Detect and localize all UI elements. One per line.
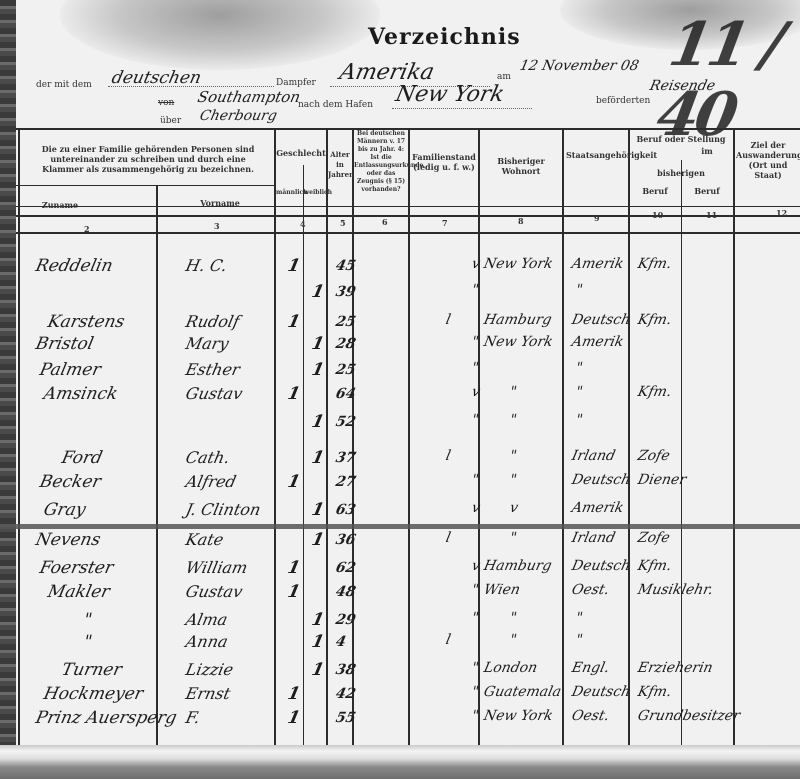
age-cell: 25 (334, 314, 357, 330)
surname-cell: Turner (60, 660, 124, 680)
citizenship-cell: " (574, 360, 584, 376)
header-sex: Geschlecht (276, 148, 326, 158)
residence-cell: v (508, 500, 519, 516)
citizenship-cell: Deutsch (570, 558, 632, 574)
col-number: 10 (652, 210, 663, 220)
citizenship-cell: Amerik (570, 334, 625, 350)
header-sex-female: weiblich (304, 188, 326, 198)
occupation-cell: Kfm. (636, 384, 673, 400)
am-label: am (497, 72, 511, 82)
citizenship-cell: " (574, 412, 584, 428)
surname-cell: Hockmeyer (42, 684, 145, 704)
residence-cell: Wien (482, 582, 521, 598)
age-cell: 27 (334, 474, 357, 490)
header-residence: Bisheriger Wohnort (482, 156, 560, 176)
given-name-cell: Esther (184, 360, 242, 379)
col-border (274, 128, 276, 748)
surname-cell: Gray (42, 500, 88, 520)
surname-cell: Ford (60, 448, 104, 468)
book-binding-edge (0, 0, 16, 779)
residence-cell: " (508, 472, 518, 488)
age-cell: 64 (334, 386, 357, 402)
residence-cell: New York (482, 708, 554, 724)
header-divider (16, 185, 276, 186)
citizenship-cell: Deutsch (570, 684, 632, 700)
destination-value: New York (393, 82, 506, 107)
citizenship-cell: Irland (570, 448, 616, 464)
given-name-cell: Ernst (184, 684, 232, 703)
male-tally-cell: 1 (286, 558, 302, 578)
nationality-value: deutschen (110, 68, 203, 88)
surname-cell: Karstens (46, 312, 127, 332)
occupation-cell: Diener (636, 472, 687, 488)
col-number: 2 (84, 224, 90, 234)
female-tally-cell: 1 (310, 500, 326, 520)
header-occupation-prev: bisherigen (630, 168, 732, 178)
surname-cell: Foerster (38, 558, 115, 578)
given-name-cell: Gustav (184, 384, 244, 403)
age-cell: 28 (334, 336, 357, 352)
col-border (326, 128, 328, 748)
age-cell: 4 (334, 634, 347, 650)
citizenship-cell: Oest. (570, 708, 610, 724)
residence-cell: " (508, 384, 518, 400)
page-title: Verzeichnis (368, 24, 521, 50)
col-number: 12 (776, 208, 787, 218)
male-tally-cell: 1 (286, 384, 302, 404)
surname-cell: Bristol (34, 334, 96, 354)
occupation-cell: Kfm. (636, 558, 673, 574)
age-cell: 42 (334, 686, 357, 702)
header-beruf-1: Beruf (632, 186, 678, 196)
female-tally-cell: 1 (310, 530, 326, 550)
date-value: 12 November 08 (518, 58, 640, 74)
age-cell: 55 (334, 710, 357, 726)
female-tally-cell: 1 (310, 632, 326, 652)
female-tally-cell: 1 (310, 660, 326, 680)
marital-status-cell: l (444, 448, 452, 464)
col-border (562, 128, 564, 748)
given-name-cell: Cath. (184, 448, 232, 467)
citizenship-cell: Amerik (570, 500, 625, 516)
occupation-cell: Zofe (636, 530, 671, 546)
header-destination: Ziel der Auswanderung (Ort und Staat) (736, 140, 800, 180)
citizenship-cell: Engl. (570, 660, 611, 676)
citizenship-cell: " (574, 384, 584, 400)
residence-cell: Hamburg (482, 312, 553, 328)
col-number: 8 (518, 216, 524, 226)
male-tally-cell: 1 (286, 472, 302, 492)
residence-cell: Hamburg (482, 558, 553, 574)
col-border (303, 165, 304, 748)
surname-cell: Reddelin (34, 256, 115, 276)
given-name-cell: H. C. (184, 256, 229, 275)
page-bottom-edge (0, 745, 800, 779)
citizenship-cell: " (574, 632, 584, 648)
given-name-cell: Rudolf (184, 312, 241, 331)
given-name-cell: William (184, 558, 249, 577)
given-name-cell: Gustav (184, 582, 244, 601)
struck-from-label: von (158, 98, 174, 108)
header-occupation-im: im (684, 146, 730, 156)
female-tally-cell: 1 (310, 448, 326, 468)
citizenship-cell: Deutsch (570, 472, 632, 488)
male-tally-cell: 1 (286, 256, 302, 276)
age-cell: 45 (334, 258, 357, 274)
header-sex-male: männlich (276, 188, 303, 198)
ueber-label: über (160, 116, 181, 126)
given-name-cell: F. (184, 708, 202, 727)
citizenship-cell: Oest. (570, 582, 610, 598)
given-name-cell: Alma (184, 610, 229, 629)
residence-cell: " (508, 610, 518, 626)
male-tally-cell: 1 (286, 582, 302, 602)
female-tally-cell: 1 (310, 412, 326, 432)
given-name-cell: J. Clinton (184, 500, 263, 519)
given-name-cell: Kate (184, 530, 225, 549)
residence-cell: New York (482, 334, 554, 350)
marital-status-cell: l (444, 530, 452, 546)
header-marital-status: Familienstand (ledig u. f. w.) (412, 152, 476, 172)
page-fold-line (0, 524, 800, 529)
occupation-cell: Erzieherin (636, 660, 714, 676)
befoerderten-label: beförderten (596, 96, 650, 106)
dampfer-label: Dampfer (276, 78, 316, 88)
header-given-name: Vorname (180, 198, 260, 208)
passenger-manifest-page: Verzeichnis der mit dem deutschen Dampfe… (0, 0, 800, 779)
age-cell: 62 (334, 560, 357, 576)
occupation-cell: Zofe (636, 448, 671, 464)
surname-cell: " (82, 632, 94, 652)
col-number: 9 (594, 213, 600, 223)
age-cell: 25 (334, 362, 357, 378)
surname-cell: Palmer (38, 360, 103, 380)
col-border (733, 128, 735, 748)
citizenship-cell: " (574, 282, 584, 298)
col-number: 6 (382, 217, 388, 227)
marital-status-cell: l (444, 632, 452, 648)
col-number: 4 (300, 219, 306, 229)
age-cell: 29 (334, 612, 357, 628)
residence-cell: Guatemala (482, 684, 562, 700)
hafen-label: nach dem Hafen (298, 100, 373, 110)
age-cell: 37 (334, 450, 357, 466)
given-name-cell: Lizzie (184, 660, 235, 679)
surname-cell: Nevens (34, 530, 103, 550)
surname-cell: " (82, 610, 94, 630)
origin-port-value: Southampton (196, 88, 302, 106)
col-border (628, 128, 630, 748)
occupation-cell: Kfm. (636, 256, 673, 272)
occupation-cell: Musiklehr. (636, 582, 714, 598)
destination-underline (392, 108, 532, 109)
occupation-cell: Grundbesitzer (636, 708, 741, 724)
col-number: 11 (706, 210, 717, 220)
col-border (408, 128, 410, 748)
male-tally-cell: 1 (286, 708, 302, 728)
marital-status-cell: l (444, 312, 452, 328)
residence-cell: London (482, 660, 539, 676)
residence-cell: " (508, 632, 518, 648)
residence-cell: " (508, 448, 518, 464)
age-cell: 52 (334, 414, 357, 430)
col-number: 5 (340, 218, 346, 228)
given-name-cell: Anna (184, 632, 230, 651)
surname-cell: Becker (38, 472, 103, 492)
residence-cell: " (508, 412, 518, 428)
col-number: 3 (214, 221, 220, 231)
citizenship-cell: Amerik (570, 256, 625, 272)
line1-prefix: der mit dem (36, 80, 92, 90)
col-border (18, 128, 20, 748)
male-tally-cell: 1 (286, 312, 302, 332)
header-discharge-note: Bei deutschen Männern v. 17 bis zu Jahr.… (354, 130, 408, 194)
citizenship-cell: Deutsch (570, 312, 632, 328)
header-citizenship: Staatsangehörigkeit (566, 150, 626, 160)
female-tally-cell: 1 (310, 282, 326, 302)
header-age: Alter in Jahren (328, 150, 352, 180)
age-cell: 38 (334, 662, 357, 678)
col-number: 7 (442, 218, 448, 228)
surname-cell: Amsinck (42, 384, 120, 404)
header-beruf-2: Beruf (684, 186, 730, 196)
female-tally-cell: 1 (310, 334, 326, 354)
surname-cell: Prinz Auersperg (34, 708, 179, 728)
female-tally-cell: 1 (310, 610, 326, 630)
occupation-cell: Kfm. (636, 312, 673, 328)
age-cell: 39 (334, 284, 357, 300)
col-border (478, 128, 480, 748)
residence-cell: " (508, 530, 518, 546)
age-cell: 36 (334, 532, 357, 548)
given-name-cell: Mary (184, 334, 231, 353)
nationality-underline (108, 86, 274, 87)
col-border (352, 128, 354, 748)
age-cell: 48 (334, 584, 357, 600)
surname-cell: Makler (46, 582, 112, 602)
page-stain (60, 0, 380, 70)
header-surname: Zuname (30, 200, 90, 210)
citizenship-cell: " (574, 610, 584, 626)
occupation-cell: Kfm. (636, 684, 673, 700)
citizenship-cell: Irland (570, 530, 616, 546)
residence-cell: New York (482, 256, 554, 272)
via-port-value: Cherbourg (198, 108, 278, 124)
header-family-note: Die zu einer Familie gehörenden Personen… (30, 144, 266, 174)
col-border (156, 185, 158, 748)
given-name-cell: Alfred (184, 472, 238, 491)
header-occupation-group: Beruf oder Stellung (630, 134, 732, 144)
male-tally-cell: 1 (286, 684, 302, 704)
female-tally-cell: 1 (310, 360, 326, 380)
age-cell: 63 (334, 502, 357, 518)
